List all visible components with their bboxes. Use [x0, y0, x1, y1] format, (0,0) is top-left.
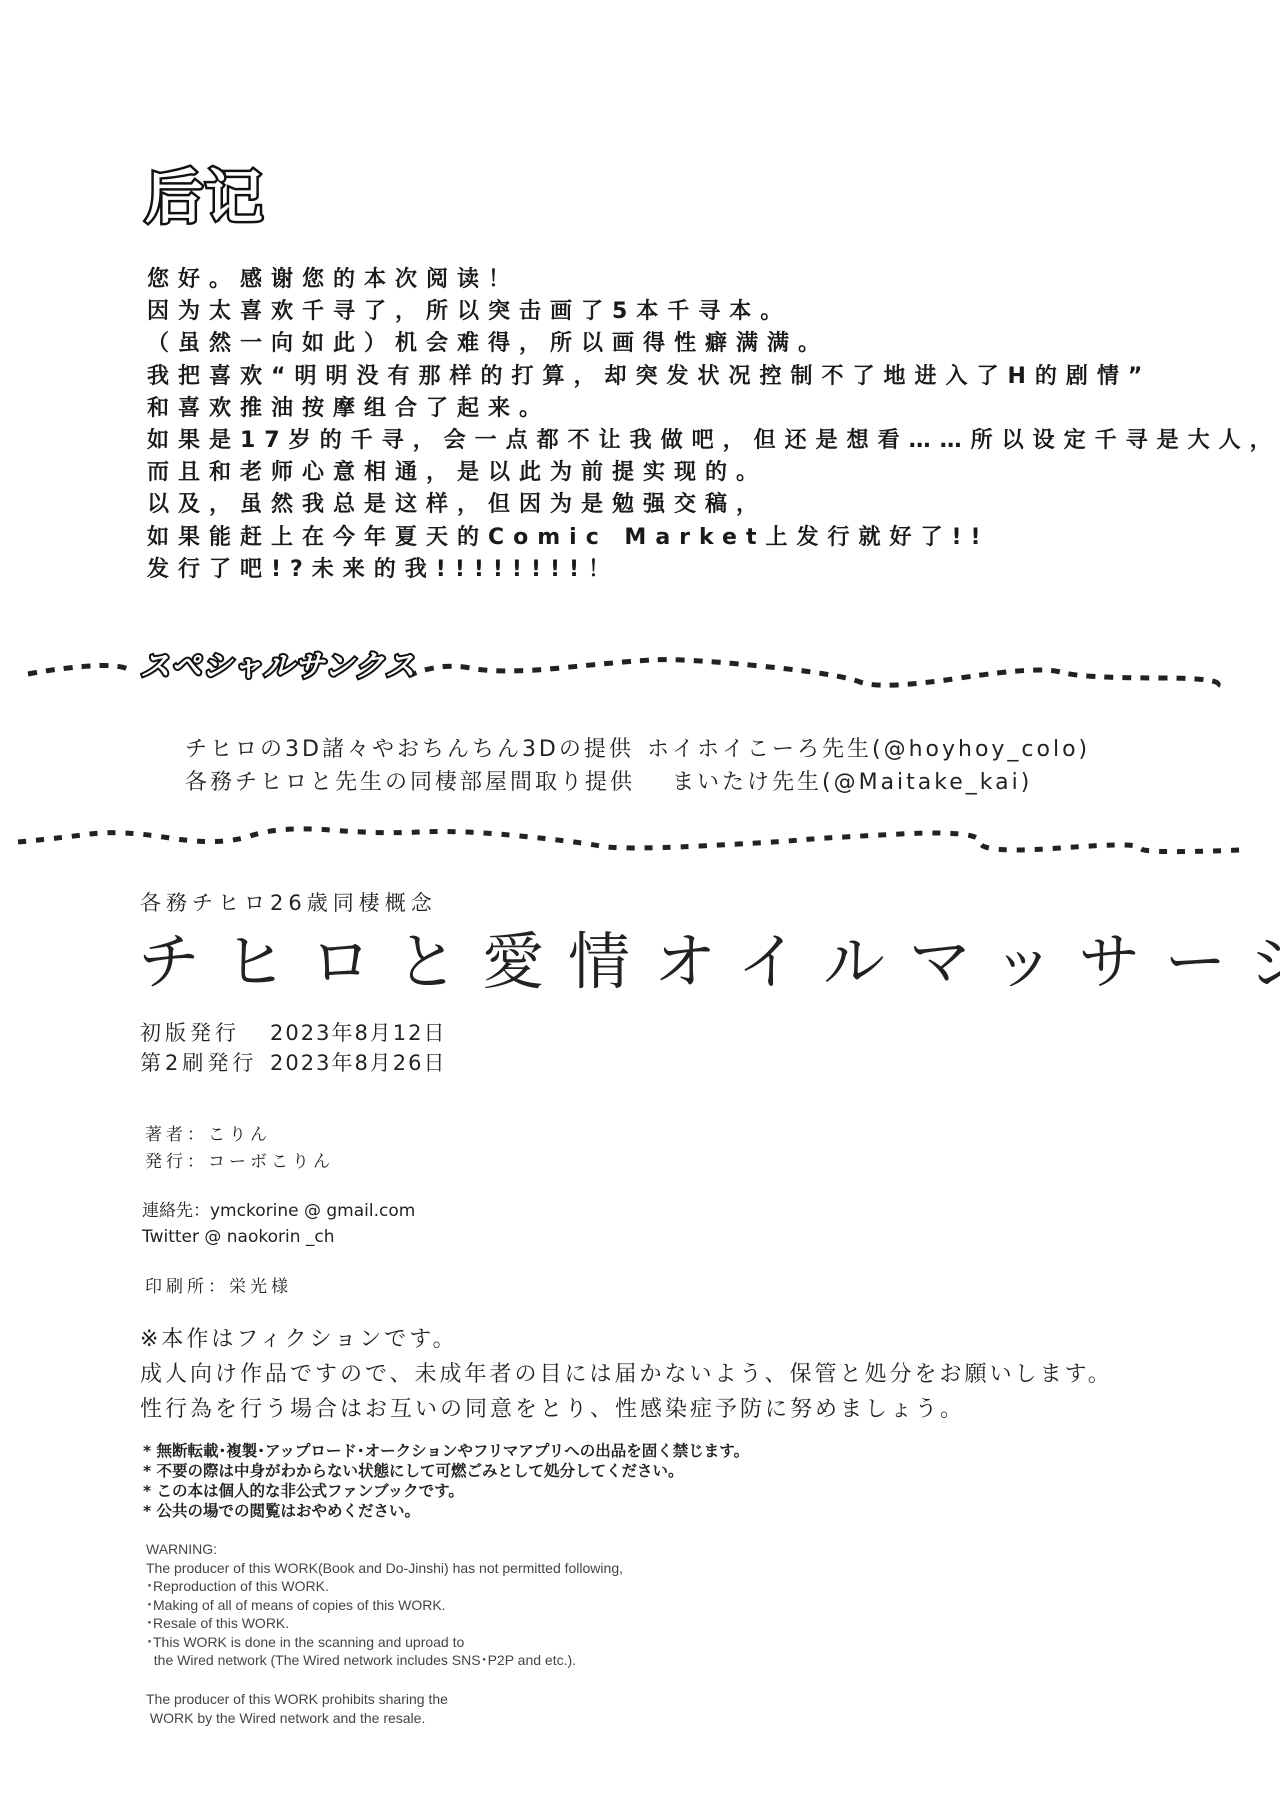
warning-line: ･This WORK is done in the scanning and u…	[146, 1633, 623, 1652]
edition-date: 2023年8月26日	[270, 1048, 447, 1078]
afterword-line: 和喜欢推油按摩组合了起来。	[147, 393, 1280, 425]
warning-closing-line: The producer of this WORK prohibits shar…	[146, 1690, 448, 1709]
warning-line: WARNING:	[146, 1540, 623, 1559]
afterword-body: 您好。感谢您的本次阅读！ 因为太喜欢千寻了，所以突击画了5本千寻本。 （虽然一向…	[147, 264, 1280, 586]
prohibition-item: * 公共の場での閲覧はおやめください。	[143, 1501, 749, 1521]
wavy-divider-bottom	[0, 808, 1280, 868]
thanks-person: ホイホイこーろ先生(@hoyhoy_colo)	[647, 733, 1090, 766]
afterword-line: 因为太喜欢千寻了，所以突击画了5本千寻本。	[147, 296, 1280, 328]
edition-label: 第2刷発行	[140, 1048, 270, 1078]
english-warning: WARNING: The producer of this WORK(Book …	[146, 1540, 623, 1670]
afterword-line: 您好。感谢您的本次阅读！	[147, 264, 1280, 296]
prohibition-item: * 不要の際は中身がわからない状態にして可燃ごみとして処分してください。	[143, 1461, 749, 1481]
credits: 著者：こりん 発行：コーボこりん	[145, 1122, 334, 1176]
warning-line: ･Resale of this WORK.	[146, 1614, 623, 1633]
english-warning-closing: The producer of this WORK prohibits shar…	[146, 1690, 448, 1727]
edition-dates: 初版発行 2023年8月12日 第2刷発行 2023年8月26日	[140, 1018, 447, 1078]
prohibitions-list: * 無断転載･複製･アップロード･オークションやフリマアプリへの出品を固く禁じま…	[143, 1441, 749, 1521]
notice-line: 成人向け作品ですので、未成年者の目には届かないよう、保管と処分をお願いします。	[140, 1357, 1113, 1392]
notice-line: ※本作はフィクションです。	[140, 1322, 1113, 1357]
afterword-heading: 后记	[145, 168, 265, 226]
warning-closing-line: WORK by the Wired network and the resale…	[146, 1709, 448, 1728]
prohibition-item: * 無断転載･複製･アップロード･オークションやフリマアプリへの出品を固く禁じま…	[143, 1441, 749, 1461]
edition-label: 初版発行	[140, 1018, 270, 1048]
warning-line: The producer of this WORK(Book and Do-Ji…	[146, 1559, 623, 1578]
warning-line: the Wired network (The Wired network inc…	[146, 1651, 623, 1670]
afterword-line: （虽然一向如此）机会难得，所以画得性癖满满。	[147, 328, 1280, 360]
thanks-contribution: 各務チヒロと先生の同棲部屋間取り提供	[185, 766, 647, 799]
notice-line: 性行為を行う場合はお互いの同意をとり、性感染症予防に努めましょう。	[140, 1392, 1113, 1427]
afterword-line: 我把喜欢“明明没有那样的打算，却突发状况控制不了地进入了H的剧情”	[147, 361, 1280, 393]
edition-row: 初版発行 2023年8月12日	[140, 1018, 447, 1048]
special-thanks-title: スペシャルサンクス	[140, 652, 416, 682]
contact-email: 連絡先：ymckorine @ gmail.com	[142, 1198, 415, 1224]
edition-date: 2023年8月12日	[270, 1018, 447, 1048]
thanks-contribution: チヒロの3D諸々やおちんちん3Dの提供	[185, 733, 647, 766]
author: 著者：こりん	[145, 1122, 334, 1149]
contact-info: 連絡先：ymckorine @ gmail.com Twitter @ naok…	[142, 1198, 415, 1250]
thanks-person: まいたけ先生(@Maitake_kai)	[647, 766, 1032, 799]
afterword-line: 发行了吧!?未来的我!!!!!!!!！	[147, 554, 1280, 586]
warning-line: ･Making of all of means of copies of thi…	[146, 1596, 623, 1615]
thanks-item: チヒロの3D諸々やおちんちん3Dの提供 ホイホイこーろ先生(@hoyhoy_co…	[185, 733, 1090, 766]
prohibition-item: * この本は個人的な非公式ファンブックです。	[143, 1481, 749, 1501]
printer: 印刷所：栄光様	[145, 1272, 292, 1297]
afterword-line: 如果是17岁的千寻，会一点都不让我做吧，但还是想看……所以设定千寻是大人，	[147, 425, 1280, 457]
thanks-item: 各務チヒロと先生の同棲部屋間取り提供 まいたけ先生(@Maitake_kai)	[185, 766, 1090, 799]
publisher: 発行：コーボこりん	[145, 1149, 334, 1176]
warning-line: ･Reproduction of this WORK.	[146, 1577, 623, 1596]
book-title: チヒロと愛情オイルマッサージ	[138, 928, 1280, 996]
afterword-line: 以及，虽然我总是这样，但因为是勉强交稿，	[147, 489, 1280, 521]
afterword-line: 如果能赶上在今年夏天的Comic Market上发行就好了!!	[147, 522, 1280, 554]
afterword-line: 而且和老师心意相通，是以此为前提实现的。	[147, 457, 1280, 489]
edition-row: 第2刷発行 2023年8月26日	[140, 1048, 447, 1078]
book-subtitle: 各務チヒロ26歳同棲概念	[140, 887, 437, 917]
contact-twitter: Twitter @ naokorin _ch	[142, 1224, 415, 1250]
fiction-notice: ※本作はフィクションです。 成人向け作品ですので、未成年者の目には届かないよう、…	[140, 1322, 1113, 1427]
special-thanks-list: チヒロの3D諸々やおちんちん3Dの提供 ホイホイこーろ先生(@hoyhoy_co…	[185, 733, 1090, 799]
